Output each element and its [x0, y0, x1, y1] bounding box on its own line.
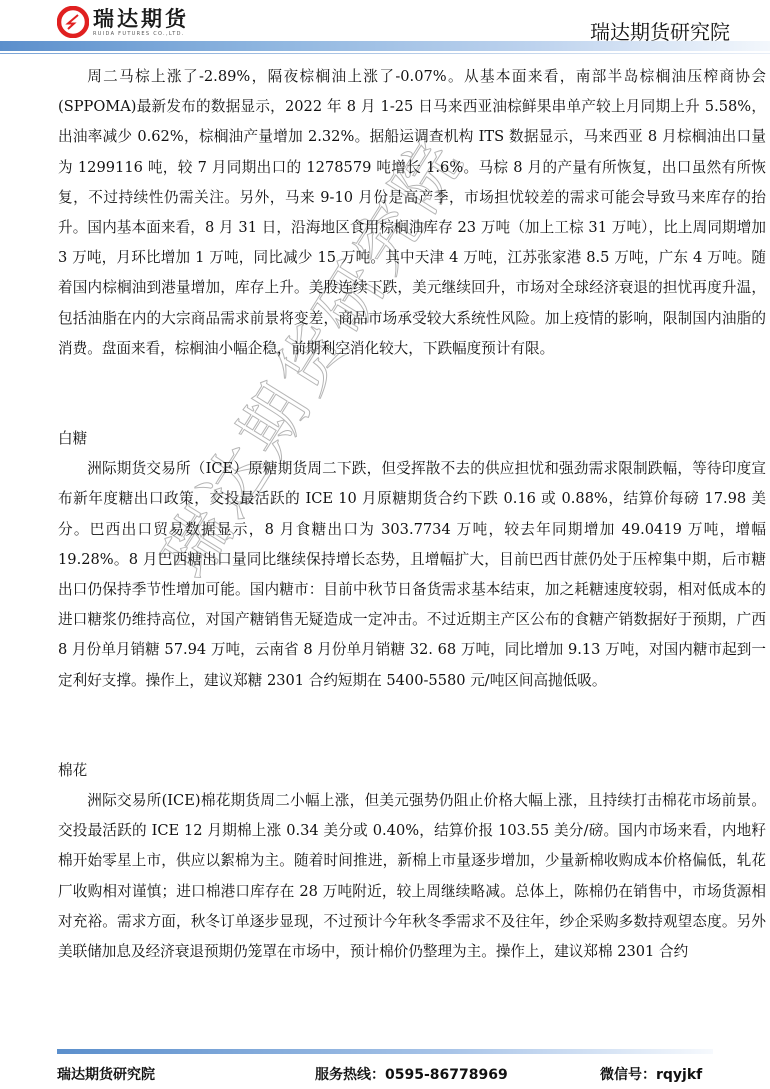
palm-oil-paragraph: 周二马棕上涨了-2.89%，隔夜棕榈油上涨了-0.07%。从基本面来看，南部半岛… — [58, 62, 766, 364]
cotton-paragraph: 洲际交易所(ICE)棉花期货周二小幅上涨，但美元强势仍阻止价格大幅上涨，且持续打… — [58, 786, 766, 967]
logo-chinese-name: 瑞达期货 — [93, 7, 189, 31]
header-gradient-band — [0, 41, 770, 51]
company-logo: 瑞达期货 RUIDA FUTURES CO.,LTD. — [57, 3, 189, 41]
footer-org: 瑞达期货研究院 — [57, 1064, 155, 1084]
section-title-cotton: 棉花 — [58, 756, 766, 786]
footer-gradient-band — [57, 1049, 713, 1054]
page-footer: 瑞达期货研究院 服务热线：0595-86778969 微信号：rqyjkf — [57, 1064, 717, 1086]
sugar-paragraph: 洲际期货交易所（ICE）原糖期货周二下跌，但受挥散不去的供应担忧和强劲需求限制跌… — [58, 454, 766, 696]
footer-wechat: 微信号：rqyjkf — [600, 1064, 702, 1084]
section-title-sugar: 白糖 — [58, 424, 766, 454]
section-gap — [58, 364, 766, 394]
header-divider — [0, 53, 770, 54]
section-gap — [58, 696, 766, 726]
footer-hotline: 服务热线：0595-86778969 — [315, 1064, 508, 1084]
page-header: 瑞达期货 RUIDA FUTURES CO.,LTD. 瑞达期货研究院 — [0, 0, 770, 60]
report-body: 周二马棕上涨了-2.89%，隔夜棕榈油上涨了-0.07%。从基本面来看，南部半岛… — [58, 62, 766, 967]
ruida-logo-icon — [57, 6, 89, 38]
logo-english-name: RUIDA FUTURES CO.,LTD. — [93, 31, 189, 38]
